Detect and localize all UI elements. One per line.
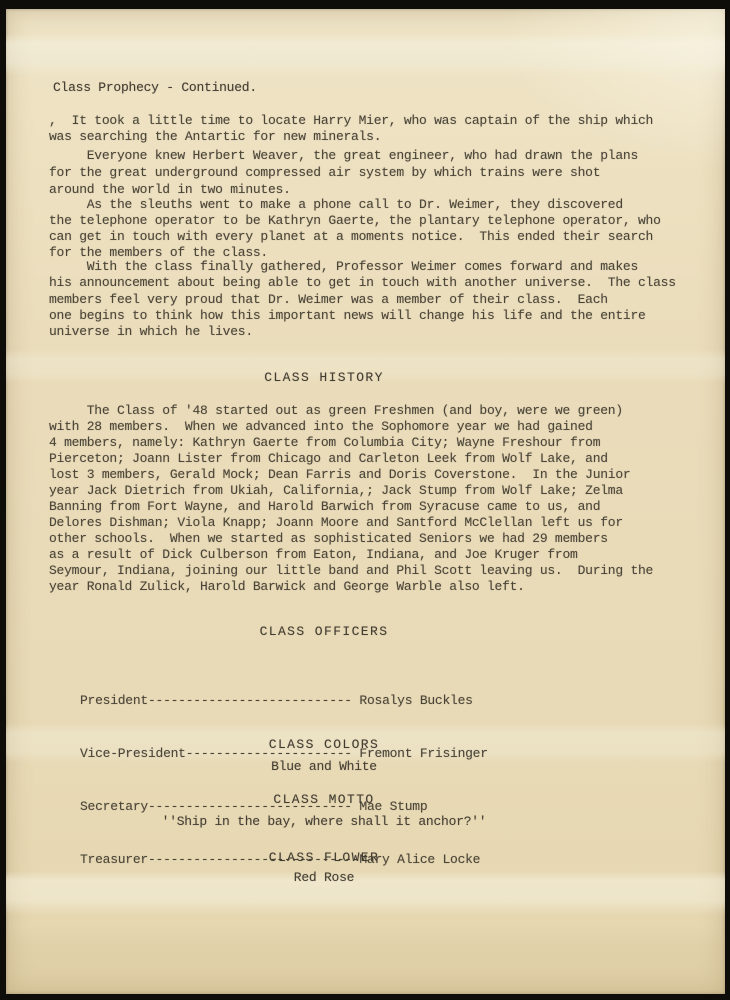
page-header: Class Prophecy - Continued. <box>53 80 257 96</box>
officer-name: Rosalys Buckles <box>352 693 473 708</box>
officer-row-president: President--------------------------- Ros… <box>80 692 488 710</box>
class-colors-heading: CLASS COLORS <box>49 737 599 753</box>
prophecy-paragraph-2: Everyone knew Herbert Weaver, the great … <box>49 147 638 198</box>
class-motto-value: ''Ship in the bay, where shall it anchor… <box>49 814 599 830</box>
prophecy-paragraph-3: As the sleuths went to make a phone call… <box>49 197 661 261</box>
class-colors-value: Blue and White <box>49 759 599 775</box>
scanned-page: Class Prophecy - Continued. , It took a … <box>0 0 730 1000</box>
dash-leader: --------------------------- <box>148 693 352 708</box>
prophecy-paragraph-4: With the class finally gathered, Profess… <box>49 259 676 340</box>
class-motto-heading: CLASS MOTTO <box>49 792 599 808</box>
history-paragraph: The Class of '48 started out as green Fr… <box>49 403 653 595</box>
history-heading: CLASS HISTORY <box>49 370 599 386</box>
officers-heading: CLASS OFFICERS <box>49 624 599 640</box>
class-flower-heading: CLASS FLOWER <box>49 850 599 866</box>
paper: Class Prophecy - Continued. , It took a … <box>6 9 725 994</box>
class-flower-value: Red Rose <box>49 870 599 886</box>
officer-title: President <box>80 693 148 708</box>
prophecy-paragraph-1: , It took a little time to locate Harry … <box>49 113 653 146</box>
